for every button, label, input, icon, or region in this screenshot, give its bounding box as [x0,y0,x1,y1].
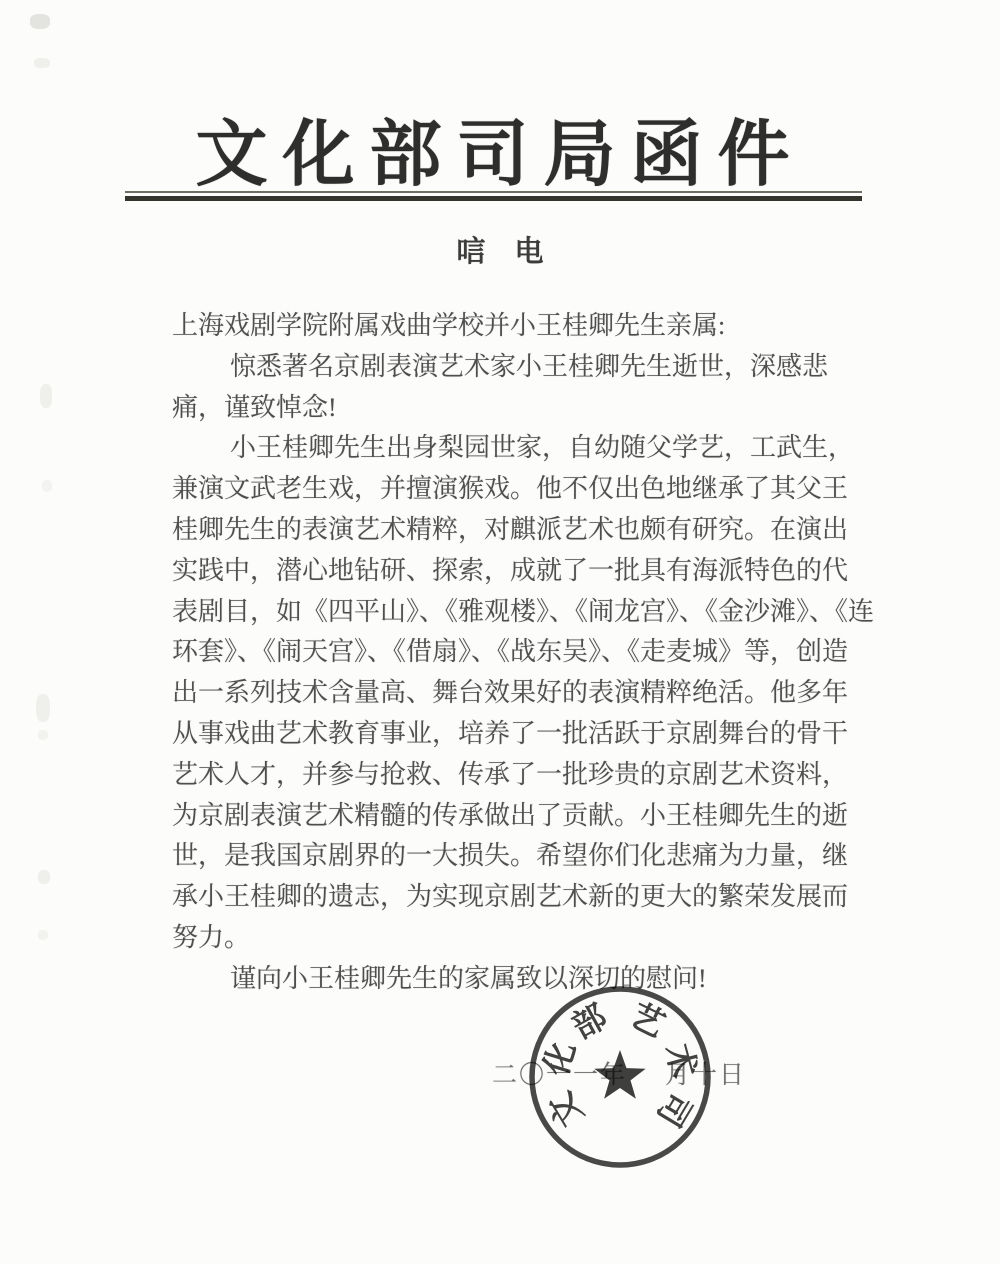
letter-line: 惊悉著名京剧表演艺术家小王桂卿先生逝世，深感悲 [172,347,862,388]
seal-char: 艺 [624,997,670,1045]
seal-char: 化 [537,1038,582,1081]
letter-line: 表剧目，如《四平山》、《雅观楼》、《闹龙宫》、《金沙滩》、《连 [172,592,862,633]
letter-line: 出一系列技术含量高、舞台效果好的表演精粹绝活。他多年 [172,673,862,714]
scan-artifact [40,384,52,408]
scan-artifact [38,730,48,740]
letter-line: 世，是我国京剧界的一大损失。希望你们化悲痛为力量，继 [172,836,862,877]
letter-line: 实践中，潜心地钻研、探索，成就了一批具有海派特色的代 [172,551,862,592]
letter-line: 桂卿先生的表演艺术精粹，对麒派艺术也颇有研究。在演出 [172,510,862,551]
letter-line: 兼演文武老生戏，并擅演猴戏。他不仅出色地继承了其父王 [172,469,862,510]
letterhead-title: 文化部司局函件 [0,96,1000,200]
scan-artifact [36,694,50,722]
scan-artifact [38,870,50,884]
scan-artifact [42,480,52,492]
letter-closing: 谨向小王桂卿先生的家属致以深切的慰问! [172,959,862,1000]
letter-line: 努力。 [172,918,862,959]
letter-salutation: 上海戏剧学院附属戏曲学校并小王桂卿先生亲属: [172,306,862,347]
star-icon [594,1050,645,1099]
official-seal: 文 化 部 艺 术 司 [520,977,720,1177]
letter-line: 小王桂卿先生出身梨园世家，自幼随父学艺，工武生， [172,428,862,469]
scanned-letter-page: 文化部司局函件 唁 电 上海戏剧学院附属戏曲学校并小王桂卿先生亲属: 惊悉著名京… [0,0,1000,1264]
letter-line: 从事戏曲艺术教育事业，培养了一批活跃于京剧舞台的骨干 [172,714,862,755]
letter-line: 承小王桂卿的遗志，为实现京剧艺术新的更大的繁荣发展而 [172,877,862,918]
letterhead-divider [125,191,862,201]
document-subtitle: 唁 电 [0,229,1000,270]
seal-char: 术 [658,1040,702,1081]
letter-line: 痛，谨致悼念! [172,388,862,429]
scan-artifact [34,58,50,68]
letter-line: 为京剧表演艺术精髓的传承做出了贡献。小王桂卿先生的逝 [172,796,862,837]
letter-body: 上海戏剧学院附属戏曲学校并小王桂卿先生亲属: 惊悉著名京剧表演艺术家小王桂卿先生… [172,306,862,1000]
letter-line: 艺术人才，并参与抢救、传承了一批珍贵的京剧艺术资料， [172,755,862,796]
scan-artifact [38,930,48,940]
letter-line: 环套》、《闹天宫》、《借扇》、《战东吴》、《走麦城》等，创造 [172,632,862,673]
scan-artifact [30,14,50,29]
